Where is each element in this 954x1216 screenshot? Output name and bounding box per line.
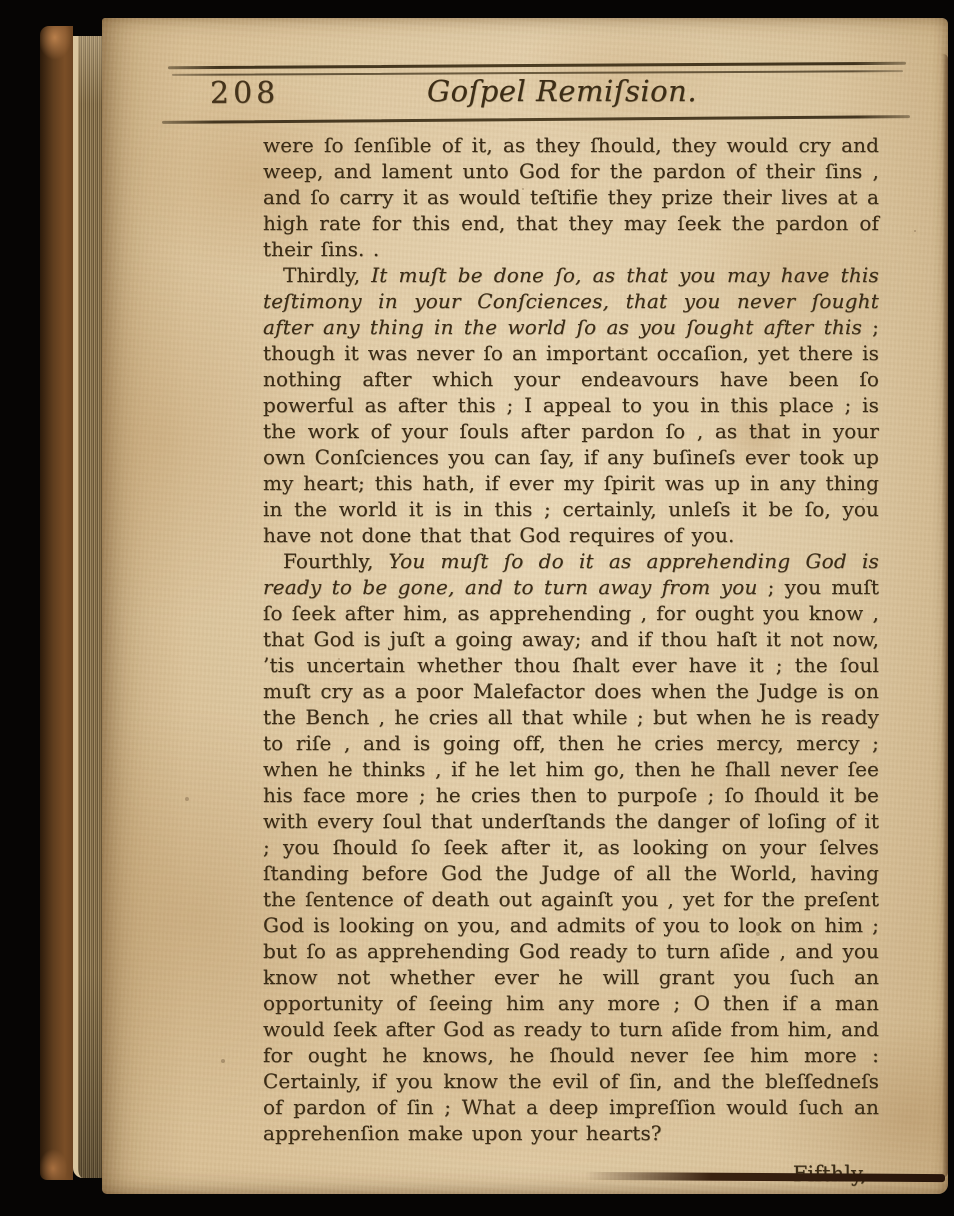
page-number: 208: [210, 76, 279, 111]
body-text: ; you muſt ſo ſeek after him, as apprehe…: [263, 575, 879, 1145]
body-text: Thirdly,: [283, 263, 371, 287]
header-rule-top-outer: [168, 62, 906, 70]
text-block: were ſo ſenſible of it, as they ſhould, …: [263, 132, 879, 1187]
body-text: Fourthly,: [283, 549, 388, 573]
ink-specks: [102, 18, 104, 20]
page-right-edge: [942, 54, 948, 1178]
body-text: were ſo ſenſible of it, as they ſhould, …: [263, 133, 879, 261]
paragraph: Fourthly, You muſt ſo do it as apprehend…: [263, 548, 879, 1146]
paragraphs: were ſo ſenſible of it, as they ſhould, …: [263, 132, 879, 1146]
running-title: Goſpel Remiſsion.: [352, 74, 772, 108]
paragraph: Thirdly, It muſt be done ſo, as that you…: [263, 262, 879, 548]
book-spine-edge: [40, 26, 73, 1180]
body-text: ; though it was never ſo an important oc…: [263, 315, 879, 547]
book-page: 208 Goſpel Remiſsion. were ſo ſenſible o…: [102, 18, 948, 1194]
book-photo: 208 Goſpel Remiſsion. were ſo ſenſible o…: [0, 0, 954, 1216]
header-rule-bottom: [162, 115, 910, 124]
paragraph: were ſo ſenſible of it, as they ſhould, …: [263, 132, 879, 262]
